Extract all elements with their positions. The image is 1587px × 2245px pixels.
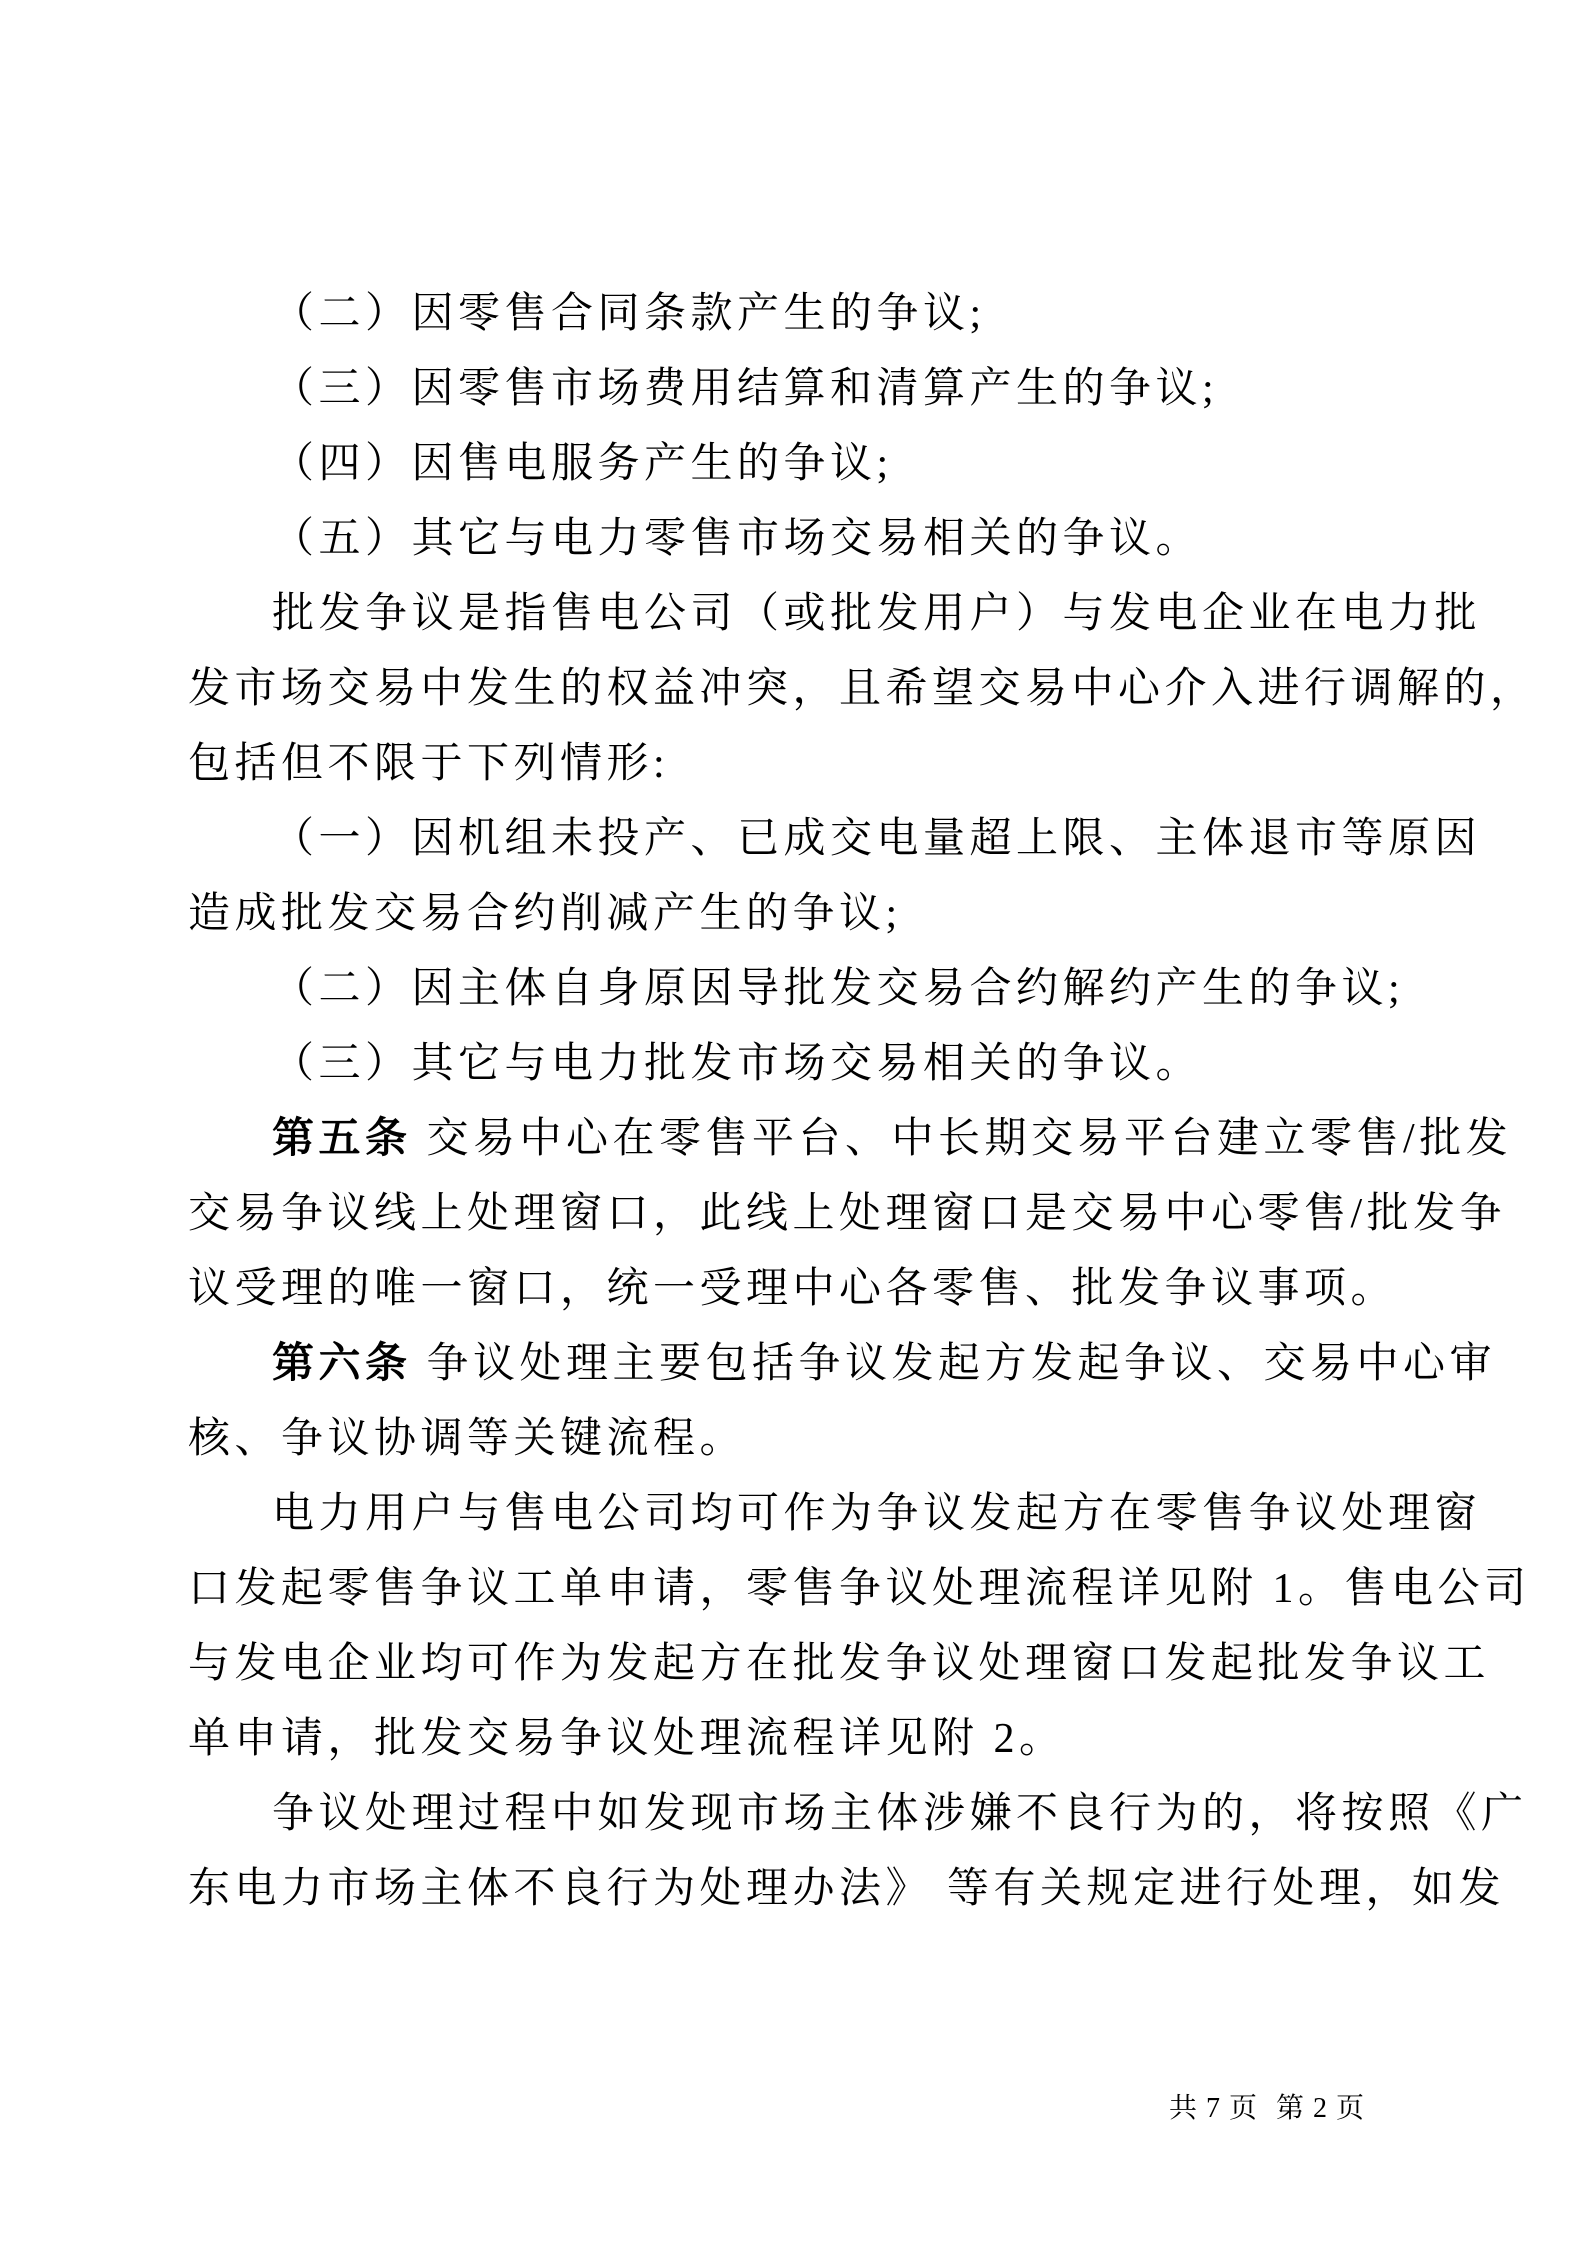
list-item-line: （二）因零售合同条款产生的争议; [188,277,1398,352]
footer-current-page: 第 2 页 [1276,2093,1365,2124]
article-text: 争议处理主要包括争议发起方发起争议、交易中心审 [412,1341,1497,1387]
list-item-line: （三）其它与电力批发市场交易相关的争议。 [188,1027,1398,1102]
list-item-line: （五）其它与电力零售市场交易相关的争议。 [188,502,1398,577]
document-page: （二）因零售合同条款产生的争议; （三）因零售市场费用结算和清算产生的争议; （… [0,0,1587,2245]
article-number: 第五条 [272,1116,412,1162]
list-item-line: （三）因零售市场费用结算和清算产生的争议; [188,352,1398,427]
article-line: 第五条 交易中心在零售平台、中长期交易平台建立零售/批发 [188,1102,1398,1177]
paragraph-line: 包括但不限于下列情形: [188,727,1398,802]
article-line: 第六条 争议处理主要包括争议发起方发起争议、交易中心审 [188,1327,1398,1402]
article-number: 第六条 [272,1341,412,1387]
paragraph-line: 核、争议协调等关键流程。 [188,1402,1398,1477]
paragraph-line: 交易争议线上处理窗口，此线上处理窗口是交易中心零售/批发争 [188,1177,1398,1252]
paragraph-line: 造成批发交易合约削减产生的争议; [188,877,1398,952]
list-item-line: （四）因售电服务产生的争议; [188,427,1398,502]
document-body: （二）因零售合同条款产生的争议; （三）因零售市场费用结算和清算产生的争议; （… [188,277,1398,1927]
paragraph-line: 争议处理过程中如发现市场主体涉嫌不良行为的，将按照《广 [188,1777,1398,1852]
page-footer: 共 7 页第 2 页 [1137,2058,1365,2160]
paragraph-line: 批发争议是指售电公司（或批发用户）与发电企业在电力批 [188,577,1398,652]
paragraph-line: 与发电企业均可作为发起方在批发争议处理窗口发起批发争议工 [188,1627,1398,1702]
list-item-line: （一）因机组未投产、已成交电量超上限、主体退市等原因 [188,802,1398,877]
footer-total-pages: 共 7 页 [1169,2093,1258,2124]
list-item-line: （二）因主体自身原因导批发交易合约解约产生的争议; [188,952,1398,1027]
paragraph-line: 口发起零售争议工单申请，零售争议处理流程详见附 1。售电公司 [188,1552,1398,1627]
paragraph-line: 发市场交易中发生的权益冲突，且希望交易中心介入进行调解的， [188,652,1398,727]
paragraph-line: 议受理的唯一窗口，统一受理中心各零售、批发争议事项。 [188,1252,1398,1327]
article-text: 交易中心在零售平台、中长期交易平台建立零售/批发 [412,1116,1513,1162]
paragraph-line: 单申请，批发交易争议处理流程详见附 2。 [188,1702,1398,1777]
paragraph-line: 东电力市场主体不良行为处理办法》 等有关规定进行处理，如发 [188,1852,1398,1927]
paragraph-line: 电力用户与售电公司均可作为争议发起方在零售争议处理窗 [188,1477,1398,1552]
